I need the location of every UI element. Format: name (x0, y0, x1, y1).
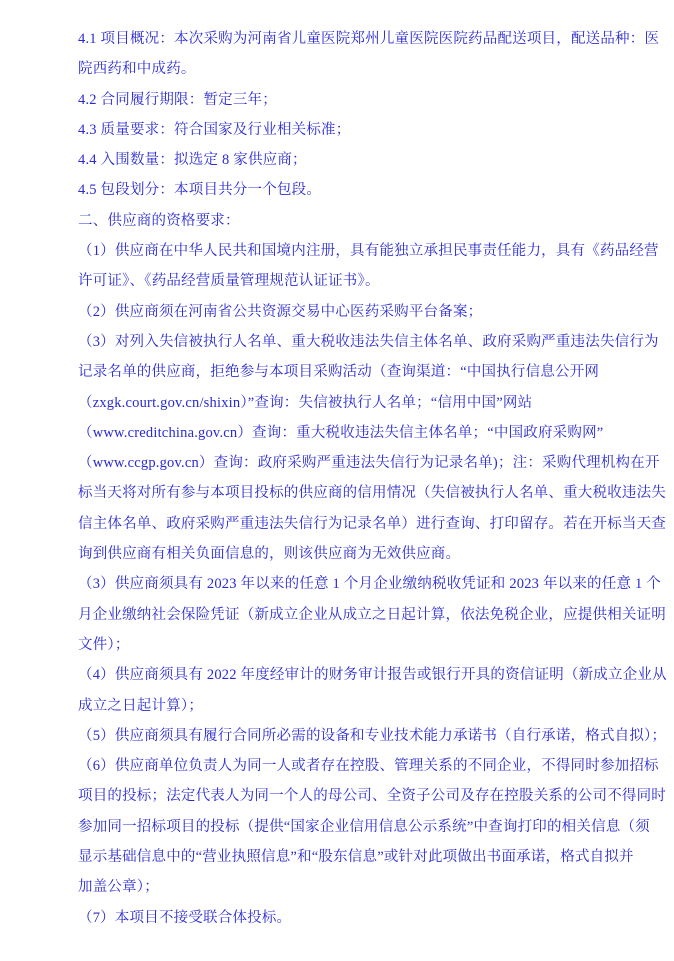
text-line: 信主体名单、政府采购严重违法失信行为记录名单）进行查询、打印留存。若在开标当天查 (78, 509, 638, 539)
text-line: 询到供应商有相关负面信息的，则该供应商为无效供应商。 (78, 539, 638, 569)
text-line: 成立之日起计算）； (78, 691, 638, 721)
text-line: （3）对列入失信被执行人名单、重大税收违法失信主体名单、政府采购严重违法失信行为 (78, 327, 638, 357)
text-line: 二、供应商的资格要求： (78, 206, 638, 236)
text-line: 4.5 包段划分：本项目共分一个包段。 (78, 175, 638, 205)
text-line: （1）供应商在中华人民共和国境内注册，具有能独立承担民事责任能力，具有《药品经营 (78, 236, 638, 266)
text-line: 项目的投标；法定代表人为同一个人的母公司、全资子公司及存在控股关系的公司不得同时 (78, 781, 638, 811)
text-line: （3）供应商须具有 2023 年以来的任意 1 个月企业缴纳税收凭证和 2023… (78, 569, 638, 599)
text-line: 参加同一招标项目的投标（提供“国家企业信用信息公示系统”中查询打印的相关信息（须 (78, 812, 638, 842)
text-line: 4.4 入围数量：拟选定 8 家供应商； (78, 145, 638, 175)
text-line: 显示基础信息中的“营业执照信息”和“股东信息”或针对此项做出书面承诺，格式自拟并 (78, 842, 638, 872)
text-line: （4）供应商须具有 2022 年度经审计的财务审计报告或银行开具的资信证明（新成… (78, 660, 638, 690)
text-line: 月企业缴纳社会保险凭证（新成立企业从成立之日起计算，依法免税企业，应提供相关证明 (78, 600, 638, 630)
document-text-block: 4.1 项目概况：本次采购为河南省儿童医院郑州儿童医院医院药品配送项目，配送品种… (78, 24, 638, 933)
text-line: （zxgk.court.gov.cn/shixin）”查询：失信被执行人名单；“… (78, 388, 638, 418)
text-line: 4.1 项目概况：本次采购为河南省儿童医院郑州儿童医院医院药品配送项目，配送品种… (78, 24, 638, 54)
text-line: 4.2 合同履行期限：暂定三年； (78, 85, 638, 115)
text-line: 标当天将对所有参与本项目投标的供应商的信用情况（失信被执行人名单、重大税收违法失 (78, 478, 638, 508)
text-line: （www.creditchina.gov.cn）查询：重大税收违法失信主体名单；… (78, 418, 638, 448)
text-line: 院西药和中成药。 (78, 54, 638, 84)
text-line: （www.ccgp.gov.cn）查询：政府采购严重违法失信行为记录名单)；注：… (78, 448, 638, 478)
text-line: （2）供应商须在河南省公共资源交易中心医药采购平台备案； (78, 297, 638, 327)
text-line: 许可证》、《药品经营质量管理规范认证证书》。 (78, 266, 638, 296)
text-line: （6）供应商单位负责人为同一人或者存在控股、管理关系的不同企业，不得同时参加招标 (78, 751, 638, 781)
text-line: 记录名单的供应商，拒绝参与本项目采购活动（查询渠道：“中国执行信息公开网 (78, 357, 638, 387)
document-page: 4.1 项目概况：本次采购为河南省儿童医院郑州儿童医院医院药品配送项目，配送品种… (0, 0, 674, 961)
text-line: （7）本项目不接受联合体投标。 (78, 903, 638, 933)
text-line: （5）供应商须具有履行合同所必需的设备和专业技术能力承诺书（自行承诺，格式自拟）… (78, 721, 638, 751)
text-line: 4.3 质量要求：符合国家及行业相关标准； (78, 115, 638, 145)
text-line: 文件）； (78, 630, 638, 660)
text-line: 加盖公章）； (78, 872, 638, 902)
